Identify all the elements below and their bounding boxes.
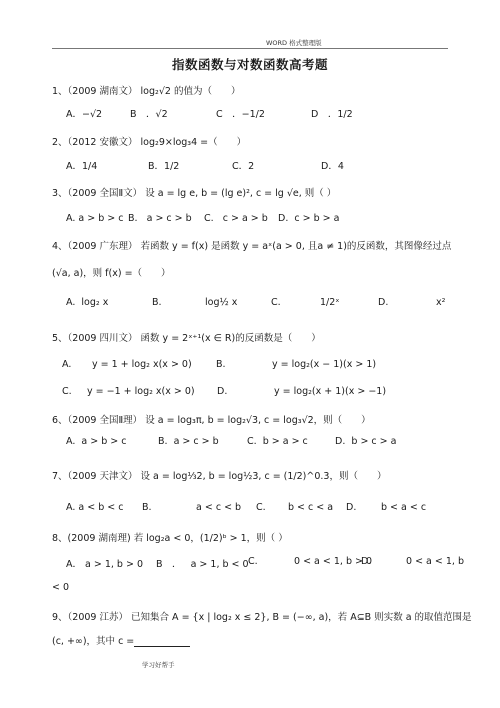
question-number: 5、 [52,333,68,344]
option-a: A．1/4 [66,158,97,172]
option-d-value: b < a < c [381,502,426,513]
question-stem: 已知集合 A = {x | log₂ x ≤ 2}, B = (−∞, a)，若… [131,612,472,623]
question-stem: log₂9×log₃4 =（ ） [141,137,247,148]
option-c: C. [271,297,281,308]
question-8: 8、(2009 湖南理) 若 log₂a < 0，(1/2)ᵇ > 1，则（ ） [52,530,288,544]
option-b: B. [216,359,226,370]
option-a-value: y = 1 + log₂ x(x > 0) [92,359,192,370]
option-c: C. b > a > c [247,436,308,447]
question-stem: 若函数 y = f(x) 是函数 y = aˣ(a > 0, 且a ≠ 1)的反… [141,241,452,252]
option-b-value: log½ x [205,297,237,308]
option-b: B. a > c > b [128,213,192,224]
question-number: 8、 [52,533,68,544]
question-4-cont: (√a, a)，则 f(x) =（ ） [52,265,171,279]
option-a: A. a > b > c [66,436,126,447]
question-source: （2009 江苏） [68,612,128,623]
option-b: B. [152,297,162,308]
option-a: A． a > 1, b > 0 [66,556,143,570]
option-c-value: b < c < a [288,502,333,513]
option-b: B ．√2 [130,106,168,120]
question-number: 4、 [52,241,68,252]
question-number: 6、 [52,415,68,426]
question-number: 3、 [52,188,68,199]
option-a: A. a > b > c [66,213,123,224]
header-rule [52,48,448,49]
footer-label: 学习好帮手 [142,660,175,669]
option-c: C. c > a > b [204,213,268,224]
question-source: (2009 湖南理) [68,533,131,544]
question-stem: 函数 y = 2ˣ⁺¹(x ∈ R)的反函数是（ ） [141,333,321,344]
option-b: B ． a > 1, b < 0 [156,556,249,570]
question-stem: log₂√2 的值为（ ） [141,86,241,97]
question-stem: 设 a = lg e, b = (lg e)², c = lg √e, 则（ ） [145,188,336,199]
option-c: C ．−1/2 [216,106,265,120]
question-source: （2012 安徽文） [68,137,138,148]
question-source: （2009 全国Ⅱ理） [68,415,143,426]
question-source: （2009 天津文） [68,471,138,482]
option-b: B. a > c > b [158,436,219,447]
page-title: 指数函数与对数函数高考题 [0,55,500,73]
option-a: A. a < b < c [66,502,123,513]
question-stem: 设 a = log₃π, b = log₂√3, c = log₃√2，则（ ） [145,415,370,426]
question-source: （2009 广东理） [68,241,138,252]
option-b: B. [142,502,152,513]
question-number: 1、 [52,86,68,97]
question-source: （2009 湖南文） [68,86,138,97]
option-a: A．−√2 [66,106,102,120]
question-9-cont: (c, +∞)，其中 c = [52,633,190,647]
option-d-value: x² [436,297,445,308]
question-6: 6、（2009 全国Ⅱ理） 设 a = log₃π, b = log₂√3, c… [52,412,371,426]
question-source: （2009 全国Ⅱ文） [68,188,143,199]
question-1: 1、（2009 湖南文） log₂√2 的值为（ ） [52,83,240,97]
option-b-value: a < c < b [196,502,241,513]
question-stem-cont: (c, +∞)，其中 c = [52,636,134,647]
option-d-value: y = log₂(x + 1)(x > −1) [274,386,386,397]
question-source: （2009 四川文） [68,333,138,344]
option-c: C. [256,502,266,513]
question-2: 2、（2012 安徽文） log₂9×log₃4 =（ ） [52,134,246,148]
option-c: C. [248,556,258,567]
option-d: D. [361,556,371,567]
option-c-value: 1/2ˣ [320,297,340,308]
option-b-value: y = log₂(x − 1)(x > 1) [272,359,376,370]
question-3: 3、（2009 全国Ⅱ文） 设 a = lg e, b = (lg e)², c… [52,185,336,199]
option-d: D．4 [321,158,344,172]
question-9: 9、（2009 江苏） 已知集合 A = {x | log₂ x ≤ 2}, B… [52,609,472,623]
question-8-options-cont: < 0 [52,582,69,593]
answer-blank[interactable] [134,637,190,647]
option-c-value: y = −1 + log₂ x(x > 0) [87,386,195,397]
option-d-value: 0 < a < 1, b [406,556,464,567]
question-number: 9、 [52,612,68,623]
option-d: D. [378,297,388,308]
option-d: D. b > c > a [335,436,396,447]
question-7: 7、（2009 天津文） 设 a = log⅓2, b = log½3, c =… [52,468,386,482]
option-d: D. [346,502,356,513]
option-d: D. c > b > a [278,213,339,224]
option-a: A. [62,359,71,370]
option-d: D ．1/2 [311,106,353,120]
question-stem: 若 log₂a < 0，(1/2)ᵇ > 1，则（ ） [134,533,288,544]
header-label: WORD 格式整理版 [266,38,322,47]
question-number: 2、 [52,137,68,148]
question-4: 4、（2009 广东理） 若函数 y = f(x) 是函数 y = aˣ(a >… [52,238,451,252]
option-b: B．1/2 [148,158,179,172]
option-d: D. [217,386,227,397]
option-c: C．2 [232,158,254,172]
question-5: 5、（2009 四川文） 函数 y = 2ˣ⁺¹(x ∈ R)的反函数是（ ） [52,330,321,344]
option-c: C. [62,386,72,397]
option-a: A. log₂ x [66,297,108,308]
question-number: 7、 [52,471,68,482]
question-stem: 设 a = log⅓2, b = log½3, c = (1/2)^0.3，则（… [141,471,387,482]
